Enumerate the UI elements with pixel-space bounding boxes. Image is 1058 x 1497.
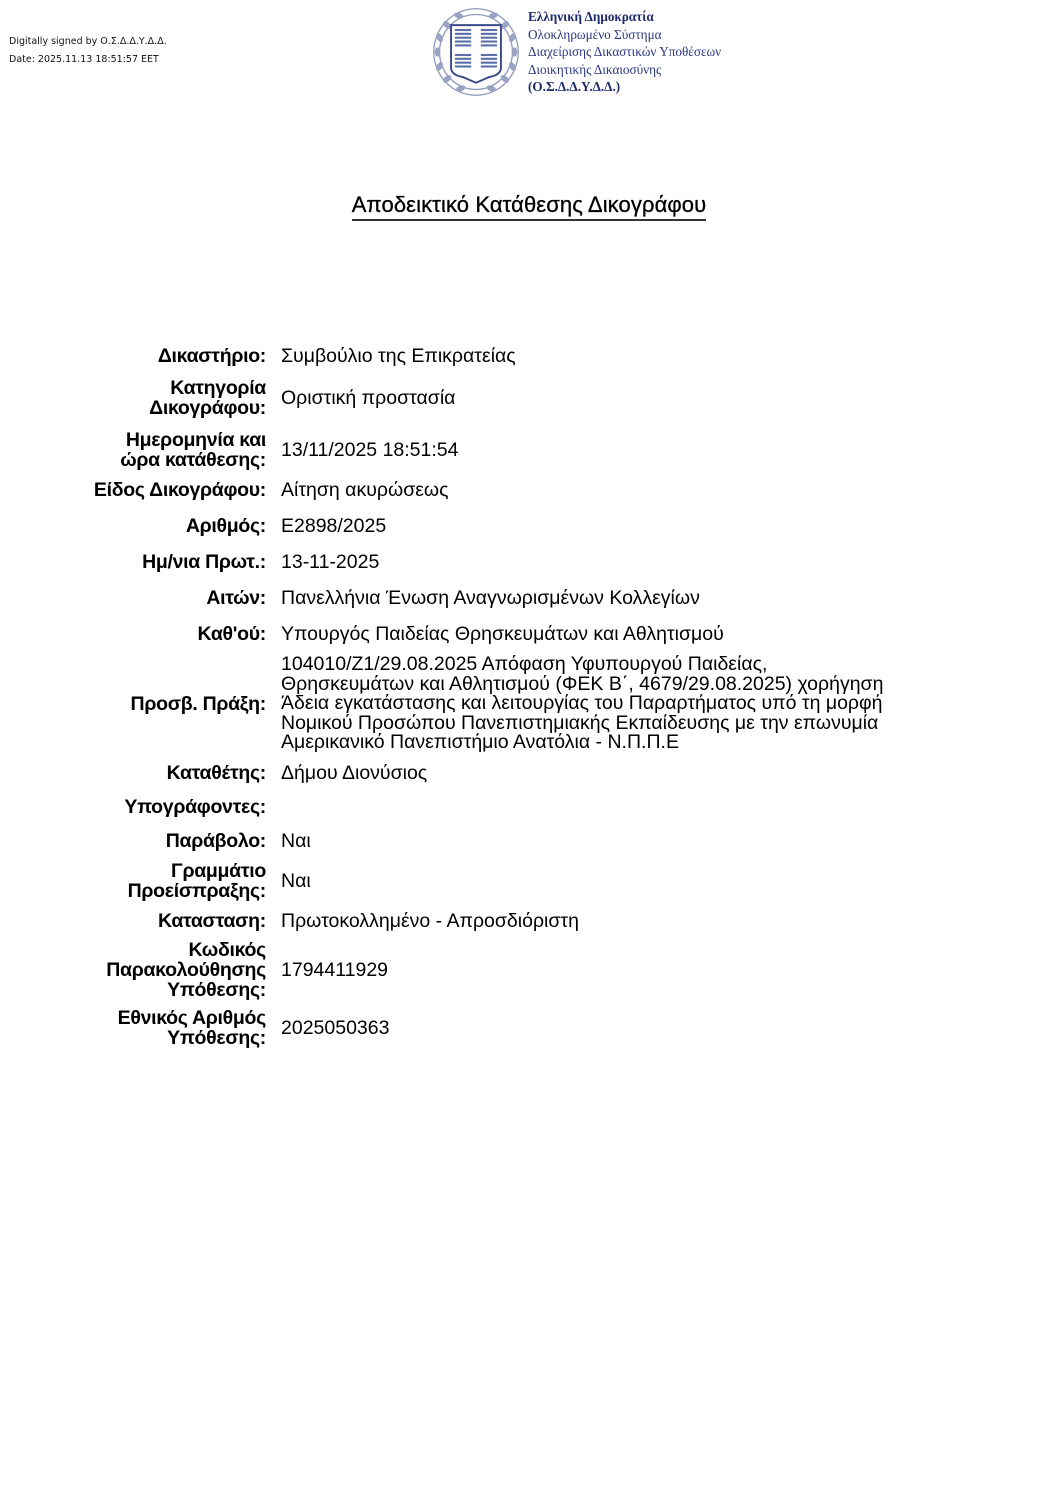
field-label: ΓραμμάτιοΠροείσπραξης: <box>0 861 281 901</box>
field-label-line: Υπόθεσης: <box>0 980 266 1000</box>
field-row: Είδος Δικογράφου:Αίτηση ακυρώσεως <box>0 480 1058 500</box>
field-value: Υπουργός Παιδείας Θρησκευμάτων και Αθλητ… <box>281 624 1058 644</box>
field-value: Ναι <box>281 871 1058 891</box>
field-label: Αριθμός: <box>0 516 281 536</box>
field-value: 104010/Ζ1/29.08.2025 Απόφαση Υφυπουργού … <box>281 655 1058 753</box>
field-label: ΚωδικόςΠαρακολούθησηςΥπόθεσης: <box>0 940 281 1000</box>
field-value: Αίτηση ακυρώσεως <box>281 480 1058 500</box>
logo-line: Ολοκληρωμένο Σύστημα <box>528 26 721 44</box>
field-label: Ημ/νια Πρωτ.: <box>0 552 281 572</box>
field-value-line: Αμερικανικό Πανεπιστήμιο Ανατόλια - Ν.Π.… <box>281 733 998 753</box>
field-label: Ημερομηνία καιώρα κατάθεσης: <box>0 430 281 470</box>
logo-line: Διαχείρισης Δικαστικών Υποθέσεων <box>528 43 721 61</box>
field-label: Εθνικός ΑριθμόςΥπόθεσης: <box>0 1008 281 1048</box>
field-label: ΚατηγορίαΔικογράφου: <box>0 378 281 418</box>
field-row: Παράβολο:Ναι <box>0 831 1058 851</box>
field-label-line: Προείσπραξης: <box>0 881 266 901</box>
field-value: 13/11/2025 18:51:54 <box>281 440 1058 460</box>
field-value-line: 104010/Ζ1/29.08.2025 Απόφαση Υφυπουργού … <box>281 655 998 675</box>
field-label-line: Κατηγορία <box>0 378 266 398</box>
field-value: Δήμου Διονύσιος <box>281 763 1058 783</box>
field-row: Εθνικός ΑριθμόςΥπόθεσης:2025050363 <box>0 1008 1058 1048</box>
field-label-line: Δικογράφου: <box>0 398 266 418</box>
logo-text: Ελληνική Δημοκρατία Ολοκληρωμένο Σύστημα… <box>528 8 721 96</box>
field-label-line: Κωδικός <box>0 940 266 960</box>
greek-coat-of-arms-icon <box>428 4 524 100</box>
field-value: Συμβούλιο της Επικρατείας <box>281 346 1058 366</box>
field-value: Πρωτοκολλημένο - Απροσδιόριστη <box>281 911 1058 931</box>
field-label-line: Παρακολούθησης <box>0 960 266 980</box>
field-label: Καθ'ού: <box>0 624 281 644</box>
field-label: Υπογράφοντες: <box>0 797 281 817</box>
field-row: Ημ/νια Πρωτ.:13-11-2025 <box>0 552 1058 572</box>
field-label-line: Γραμμάτιο <box>0 861 266 881</box>
field-row: Υπογράφοντες: <box>0 797 1058 817</box>
field-value: 1794411929 <box>281 960 1058 980</box>
field-row: Καθ'ού:Υπουργός Παιδείας Θρησκευμάτων κα… <box>0 624 1058 644</box>
field-row: Προσβ. Πράξη:104010/Ζ1/29.08.2025 Απόφασ… <box>0 655 1058 753</box>
field-value: Οριστική προστασία <box>281 388 1058 408</box>
field-row: ΚατηγορίαΔικογράφου:Οριστική προστασία <box>0 378 1058 418</box>
signature-signer: Digitally signed by Ο.Σ.Δ.Δ.Υ.Δ.Δ. <box>9 33 167 51</box>
field-value: 2025050363 <box>281 1018 1058 1038</box>
signature-date: Date: 2025.11.13 18:51:57 EET <box>9 51 167 69</box>
field-label: Καταθέτης: <box>0 763 281 783</box>
field-value-line: Άδεια εγκατάστασης και λειτουργίας του Π… <box>281 694 998 714</box>
logo-line: (Ο.Σ.Δ.Δ.Υ.Δ.Δ.) <box>528 78 721 96</box>
field-label: Κατασταση: <box>0 911 281 931</box>
filing-details: Δικαστήριο:Συμβούλιο της ΕπικρατείαςΚατη… <box>0 334 1058 1048</box>
field-value: 13-11-2025 <box>281 552 1058 572</box>
field-value: Πανελλήνια Ένωση Αναγνωρισμένων Κολλεγίω… <box>281 588 1058 608</box>
document-title-text: Αποδεικτικό Κατάθεσης Δικογράφου <box>352 192 706 221</box>
field-row: ΚωδικόςΠαρακολούθησηςΥπόθεσης:1794411929 <box>0 940 1058 1000</box>
digital-signature: Digitally signed by Ο.Σ.Δ.Δ.Υ.Δ.Δ. Date:… <box>9 33 167 68</box>
field-label-line: Υπόθεσης: <box>0 1028 266 1048</box>
field-label: Είδος Δικογράφου: <box>0 480 281 500</box>
field-row: Αριθμός:Ε2898/2025 <box>0 516 1058 536</box>
document-title: Αποδεικτικό Κατάθεσης Δικογράφου <box>0 192 1058 218</box>
field-row: Ημερομηνία καιώρα κατάθεσης:13/11/2025 1… <box>0 430 1058 470</box>
field-value: Ναι <box>281 831 1058 851</box>
field-label-line: Εθνικός Αριθμός <box>0 1008 266 1028</box>
logo-line: Ελληνική Δημοκρατία <box>528 8 721 26</box>
field-label: Δικαστήριο: <box>0 346 281 366</box>
field-row: ΓραμμάτιοΠροείσπραξης:Ναι <box>0 861 1058 901</box>
field-label: Προσβ. Πράξη: <box>0 694 281 714</box>
field-value: Ε2898/2025 <box>281 516 1058 536</box>
field-label-line: Ημερομηνία και <box>0 430 266 450</box>
header-logo: Ελληνική Δημοκρατία Ολοκληρωμένο Σύστημα… <box>428 4 721 100</box>
field-row: Δικαστήριο:Συμβούλιο της Επικρατείας <box>0 346 1058 366</box>
logo-line: Διοικητικής Δικαιοσύνης <box>528 61 721 79</box>
field-row: Κατασταση:Πρωτοκολλημένο - Απροσδιόριστη <box>0 911 1058 931</box>
field-label: Αιτών: <box>0 588 281 608</box>
field-row: Καταθέτης:Δήμου Διονύσιος <box>0 763 1058 783</box>
field-label: Παράβολο: <box>0 831 281 851</box>
field-row: Αιτών:Πανελλήνια Ένωση Αναγνωρισμένων Κο… <box>0 588 1058 608</box>
field-label-line: ώρα κατάθεσης: <box>0 450 266 470</box>
